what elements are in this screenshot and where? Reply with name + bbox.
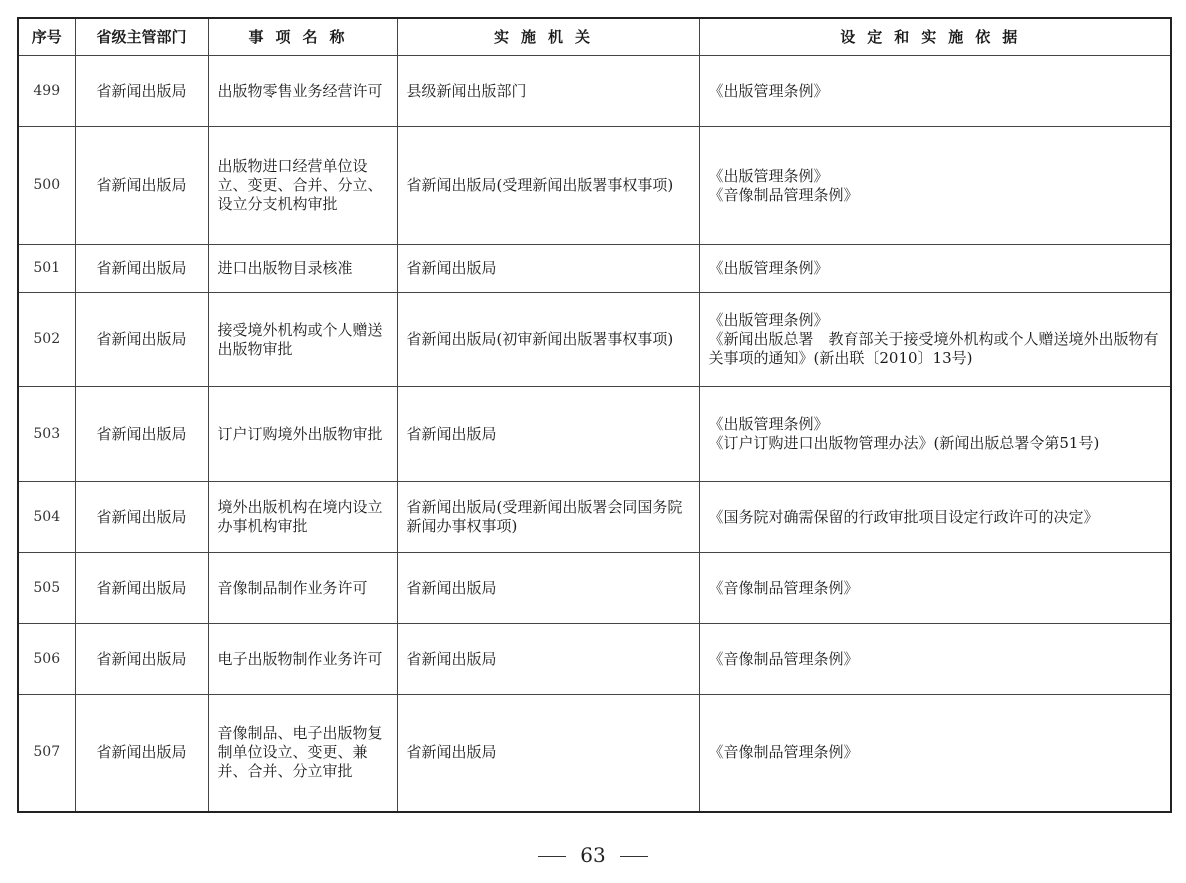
basis-line: 《音像制品管理条例》 (709, 186, 1162, 205)
cell-basis: 《出版管理条例》 (699, 56, 1171, 127)
table-row: 504 省新闻出版局 境外出版机构在境内设立办事机构审批 省新闻出版局(受理新闻… (18, 482, 1171, 553)
basis-line: 《出版管理条例》 (709, 167, 1162, 186)
cell-basis: 《出版管理条例》 (699, 245, 1171, 293)
cell-basis: 《音像制品管理条例》 (699, 624, 1171, 695)
cell-item: 音像制品制作业务许可 (208, 553, 397, 624)
basis-line: 《订户订购进口出版物管理办法》(新闻出版总署令第51号) (709, 434, 1162, 453)
cell-item: 音像制品、电子出版物复制单位设立、变更、兼并、合并、分立审批 (208, 695, 397, 812)
cell-seq: 507 (18, 695, 75, 812)
cell-basis: 《音像制品管理条例》 (699, 553, 1171, 624)
cell-seq: 504 (18, 482, 75, 553)
header-item: 事项名称 (208, 18, 397, 56)
basis-line: 《国务院对确需保留的行政审批项目设定行政许可的决定》 (709, 508, 1162, 527)
approval-items-table: 序号 省级主管部门 事项名称 实施机关 设定和实施依据 499 省新闻出版局 出… (17, 17, 1172, 813)
basis-line: 《出版管理条例》 (709, 82, 1162, 101)
table-row: 503 省新闻出版局 订户订购境外出版物审批 省新闻出版局 《出版管理条例》 《… (18, 387, 1171, 482)
page-footer: 63 (0, 843, 1186, 867)
table-row: 500 省新闻出版局 出版物进口经营单位设立、变更、合并、分立、设立分支机构审批… (18, 127, 1171, 245)
cell-dept: 省新闻出版局 (75, 624, 208, 695)
table-row: 502 省新闻出版局 接受境外机构或个人赠送出版物审批 省新闻出版局(初审新闻出… (18, 293, 1171, 387)
table-header-row: 序号 省级主管部门 事项名称 实施机关 设定和实施依据 (18, 18, 1171, 56)
basis-line: 《出版管理条例》 (709, 259, 1162, 278)
cell-basis: 《音像制品管理条例》 (699, 695, 1171, 812)
basis-line: 《音像制品管理条例》 (709, 579, 1162, 598)
cell-agency: 省新闻出版局 (397, 387, 699, 482)
cell-agency: 省新闻出版局(初审新闻出版署事权事项) (397, 293, 699, 387)
basis-line: 《音像制品管理条例》 (709, 650, 1162, 669)
cell-basis: 《出版管理条例》 《音像制品管理条例》 (699, 127, 1171, 245)
header-seq: 序号 (18, 18, 75, 56)
table-row: 505 省新闻出版局 音像制品制作业务许可 省新闻出版局 《音像制品管理条例》 (18, 553, 1171, 624)
cell-item: 订户订购境外出版物审批 (208, 387, 397, 482)
cell-dept: 省新闻出版局 (75, 245, 208, 293)
cell-item: 电子出版物制作业务许可 (208, 624, 397, 695)
cell-dept: 省新闻出版局 (75, 482, 208, 553)
cell-seq: 500 (18, 127, 75, 245)
cell-seq: 501 (18, 245, 75, 293)
basis-line: 《出版管理条例》 (709, 311, 1162, 330)
cell-agency: 省新闻出版局 (397, 245, 699, 293)
cell-dept: 省新闻出版局 (75, 293, 208, 387)
cell-item: 境外出版机构在境内设立办事机构审批 (208, 482, 397, 553)
cell-dept: 省新闻出版局 (75, 56, 208, 127)
table-row: 507 省新闻出版局 音像制品、电子出版物复制单位设立、变更、兼并、合并、分立审… (18, 695, 1171, 812)
cell-agency: 县级新闻出版部门 (397, 56, 699, 127)
cell-basis: 《出版管理条例》 《新闻出版总署 教育部关于接受境外机构或个人赠送境外出版物有关… (699, 293, 1171, 387)
cell-agency: 省新闻出版局 (397, 553, 699, 624)
cell-item: 出版物进口经营单位设立、变更、合并、分立、设立分支机构审批 (208, 127, 397, 245)
cell-item: 接受境外机构或个人赠送出版物审批 (208, 293, 397, 387)
cell-seq: 503 (18, 387, 75, 482)
page-number: 63 (580, 843, 605, 867)
basis-line: 《音像制品管理条例》 (709, 743, 1162, 762)
cell-basis: 《国务院对确需保留的行政审批项目设定行政许可的决定》 (699, 482, 1171, 553)
cell-agency: 省新闻出版局(受理新闻出版署事权事项) (397, 127, 699, 245)
cell-dept: 省新闻出版局 (75, 387, 208, 482)
table-row: 499 省新闻出版局 出版物零售业务经营许可 县级新闻出版部门 《出版管理条例》 (18, 56, 1171, 127)
cell-agency: 省新闻出版局 (397, 624, 699, 695)
dash-left (538, 856, 566, 857)
table-row: 506 省新闻出版局 电子出版物制作业务许可 省新闻出版局 《音像制品管理条例》 (18, 624, 1171, 695)
table-row: 501 省新闻出版局 进口出版物目录核准 省新闻出版局 《出版管理条例》 (18, 245, 1171, 293)
basis-line: 《出版管理条例》 (709, 415, 1162, 434)
cell-item: 进口出版物目录核准 (208, 245, 397, 293)
cell-basis: 《出版管理条例》 《订户订购进口出版物管理办法》(新闻出版总署令第51号) (699, 387, 1171, 482)
cell-item: 出版物零售业务经营许可 (208, 56, 397, 127)
cell-seq: 506 (18, 624, 75, 695)
header-basis: 设定和实施依据 (699, 18, 1171, 56)
basis-line: 《新闻出版总署 教育部关于接受境外机构或个人赠送境外出版物有关事项的通知》(新出… (709, 330, 1162, 368)
header-agency: 实施机关 (397, 18, 699, 56)
dash-right (620, 856, 648, 857)
cell-dept: 省新闻出版局 (75, 127, 208, 245)
cell-seq: 502 (18, 293, 75, 387)
cell-seq: 505 (18, 553, 75, 624)
cell-dept: 省新闻出版局 (75, 553, 208, 624)
cell-agency: 省新闻出版局 (397, 695, 699, 812)
header-dept: 省级主管部门 (75, 18, 208, 56)
cell-agency: 省新闻出版局(受理新闻出版署会同国务院新闻办事权事项) (397, 482, 699, 553)
cell-seq: 499 (18, 56, 75, 127)
cell-dept: 省新闻出版局 (75, 695, 208, 812)
